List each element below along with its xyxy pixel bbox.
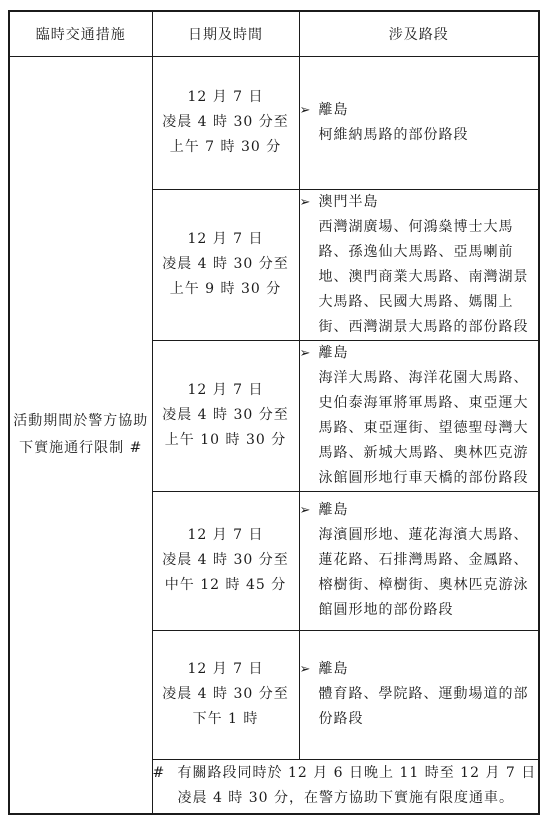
- roads-text: 西灣湖廣場、何鴻燊博士大馬路、孫逸仙大馬路、亞馬喇前地、澳門商業大馬路、南灣湖景…: [300, 215, 539, 340]
- area-label: 離島: [319, 657, 349, 682]
- roads-cell: ➢ 離島 體育路、學院路、運動場道的部份路段: [299, 630, 539, 759]
- arrowhead-bullet-icon: ➢: [300, 98, 319, 123]
- area-label: 離島: [319, 498, 349, 523]
- area-label: 離島: [319, 98, 349, 123]
- roads-text: 柯維納馬路的部份路段: [300, 123, 539, 148]
- area-line: ➢ 離島: [300, 98, 539, 123]
- measure-cell: 活動期間於警方協助 下實施通行限制 #: [9, 56, 152, 814]
- date-line: 凌晨 4 時 30 分至: [153, 682, 299, 707]
- header-measure: 臨時交通措施: [9, 11, 152, 56]
- area-line: ➢ 離島: [300, 498, 539, 523]
- date-line: 凌晨 4 時 30 分至: [153, 403, 299, 428]
- footnote: # 有關路段同時於 12 月 6 日晚上 11 時至 12 月 7 日凌晨 4 …: [153, 761, 539, 811]
- date-line: 上午 9 時 30 分: [153, 277, 299, 302]
- roads-text: 海洋大馬路、海洋花園大馬路、史伯泰海軍將軍馬路、東亞運大馬路、東亞運街、望德聖母…: [300, 366, 539, 491]
- traffic-measures-table: 臨時交通措施 日期及時間 涉及路段 活動期間於警方協助 下實施通行限制 # 12…: [8, 10, 540, 815]
- date-line: 12 月 7 日: [153, 523, 299, 548]
- date-cell: 12 月 7 日 凌晨 4 時 30 分至 上午 7 時 30 分: [152, 56, 299, 189]
- arrowhead-bullet-icon: ➢: [300, 657, 319, 682]
- date-cell: 12 月 7 日 凌晨 4 時 30 分至 上午 10 時 30 分: [152, 340, 299, 491]
- table-row: 活動期間於警方協助 下實施通行限制 # 12 月 7 日 凌晨 4 時 30 分…: [9, 56, 539, 189]
- date-cell: 12 月 7 日 凌晨 4 時 30 分至 上午 9 時 30 分: [152, 189, 299, 340]
- date-line: 下午 1 時: [153, 707, 299, 732]
- date-cell: 12 月 7 日 凌晨 4 時 30 分至 下午 1 時: [152, 630, 299, 759]
- date-line: 上午 7 時 30 分: [153, 135, 299, 160]
- roads-text: 海濱圓形地、蓮花海濱大馬路、蓮花路、石排灣馬路、金鳳路、榕樹街、樟樹街、奧林匹克…: [300, 523, 539, 623]
- roads-cell: ➢ 離島 海濱圓形地、蓮花海濱大馬路、蓮花路、石排灣馬路、金鳳路、榕樹街、樟樹街…: [299, 491, 539, 630]
- arrowhead-bullet-icon: ➢: [300, 341, 319, 366]
- header-row: 臨時交通措施 日期及時間 涉及路段: [9, 11, 539, 56]
- date-cell: 12 月 7 日 凌晨 4 時 30 分至 中午 12 時 45 分: [152, 491, 299, 630]
- date-line: 12 月 7 日: [153, 85, 299, 110]
- date-line: 中午 12 時 45 分: [153, 573, 299, 598]
- date-line: 凌晨 4 時 30 分至: [153, 252, 299, 277]
- area-line: ➢ 離島: [300, 657, 539, 682]
- date-line: 12 月 7 日: [153, 378, 299, 403]
- area-line: ➢ 澳門半島: [300, 190, 539, 215]
- date-line: 凌晨 4 時 30 分至: [153, 110, 299, 135]
- roads-cell: ➢ 離島 海洋大馬路、海洋花園大馬路、史伯泰海軍將軍馬路、東亞運大馬路、東亞運街…: [299, 340, 539, 491]
- footnote-text: 有關路段同時於 12 月 6 日晚上 11 時至 12 月 7 日凌晨 4 時 …: [178, 761, 539, 811]
- date-line: 12 月 7 日: [153, 227, 299, 252]
- roads-cell: ➢ 離島 柯維納馬路的部份路段: [299, 56, 539, 189]
- area-label: 澳門半島: [319, 190, 379, 215]
- measure-line-2: 下實施通行限制 #: [10, 435, 152, 462]
- date-line: 凌晨 4 時 30 分至: [153, 548, 299, 573]
- footnote-cell: # 有關路段同時於 12 月 6 日晚上 11 時至 12 月 7 日凌晨 4 …: [152, 759, 539, 814]
- footnote-marker: #: [153, 761, 178, 811]
- arrowhead-bullet-icon: ➢: [300, 190, 319, 215]
- area-label: 離島: [319, 341, 349, 366]
- roads-text: 體育路、學院路、運動場道的部份路段: [300, 682, 539, 732]
- date-line: 上午 10 時 30 分: [153, 428, 299, 453]
- arrowhead-bullet-icon: ➢: [300, 498, 319, 523]
- area-line: ➢ 離島: [300, 341, 539, 366]
- header-datetime: 日期及時間: [152, 11, 299, 56]
- date-line: 12 月 7 日: [153, 657, 299, 682]
- measure-line-1: 活動期間於警方協助: [10, 408, 152, 435]
- roads-cell: ➢ 澳門半島 西灣湖廣場、何鴻燊博士大馬路、孫逸仙大馬路、亞馬喇前地、澳門商業大…: [299, 189, 539, 340]
- header-roads: 涉及路段: [299, 11, 539, 56]
